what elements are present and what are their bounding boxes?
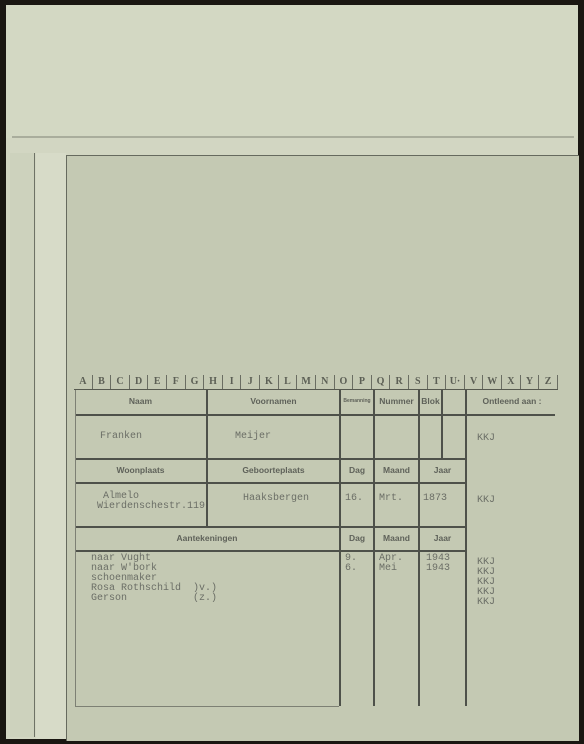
tab-u: U· <box>446 375 465 389</box>
tab-c: C <box>111 375 130 389</box>
header-naam: Naam <box>75 396 206 406</box>
tab-z: Z <box>539 375 558 389</box>
value-jaar: 1873 <box>423 494 447 504</box>
tab-l: L <box>279 375 298 389</box>
tab-w: W <box>483 375 502 389</box>
note-bron: KKJ <box>477 598 495 608</box>
rule-h <box>75 482 465 484</box>
adjacent-card-left <box>10 153 35 737</box>
header-maand: Maand <box>375 465 418 475</box>
tab-y: Y <box>521 375 540 389</box>
tab-f: F <box>167 375 186 389</box>
tab-h: H <box>204 375 223 389</box>
rule-v <box>206 390 208 528</box>
rule-v <box>75 390 76 706</box>
note-maand: Mei <box>379 564 397 574</box>
rule-h <box>75 458 465 460</box>
header-maand-2: Maand <box>375 533 418 543</box>
tab-v: V <box>465 375 484 389</box>
tab-d: D <box>130 375 149 389</box>
tab-o: O <box>335 375 354 389</box>
header-dag-2: Dag <box>341 533 373 543</box>
rule-v <box>418 390 420 706</box>
header-jaar: Jaar <box>420 465 465 475</box>
tab-k: K <box>260 375 279 389</box>
header-geboorteplaats: Geboorteplaats <box>208 465 339 475</box>
rule-v <box>339 390 341 706</box>
header-nummer: Nummer <box>375 396 418 406</box>
value-naam: Franken <box>100 432 142 442</box>
card-gap <box>36 153 66 739</box>
value-geboorteplaats: Haaksbergen <box>243 494 309 504</box>
header-bemanning: Bemanning <box>341 398 373 404</box>
header-aantekeningen: Aantekeningen <box>75 533 339 543</box>
header-voornamen: Voornamen <box>208 396 339 406</box>
tab-g: G <box>186 375 205 389</box>
tab-q: Q <box>372 375 391 389</box>
header-jaar-2: Jaar <box>420 533 465 543</box>
note-text: Gerson (z.) <box>91 594 217 604</box>
tab-n: N <box>316 375 335 389</box>
header-ontleend-aan: Ontleend aan : <box>467 396 557 406</box>
alphabet-tabs: A B C D E F G H I J K L M N O P Q R S T … <box>74 375 558 390</box>
tab-e: E <box>148 375 167 389</box>
header-dag: Dag <box>341 465 373 475</box>
rule-v <box>373 390 375 706</box>
rule-v <box>441 390 443 458</box>
rule-h-bottom <box>75 706 339 707</box>
rule-h <box>75 550 465 552</box>
tab-m: M <box>297 375 316 389</box>
tab-b: B <box>93 375 112 389</box>
header-blok: Blok <box>420 396 441 406</box>
tab-i: I <box>223 375 242 389</box>
tab-s: S <box>409 375 428 389</box>
rule-v <box>465 390 467 706</box>
value-voornamen: Meijer <box>235 432 271 442</box>
note-dag: 6. <box>345 564 357 574</box>
tab-x: X <box>502 375 521 389</box>
rule-h <box>75 526 465 528</box>
header-woonplaats: Woonplaats <box>75 465 206 475</box>
value-woonplaats-2: Wierdenschestr.119 <box>97 502 205 512</box>
tab-r: R <box>390 375 409 389</box>
tab-j: J <box>241 375 260 389</box>
card-edge-rule <box>12 136 574 138</box>
card-above <box>6 5 578 138</box>
tab-a: A <box>74 375 93 389</box>
value-ontleend-2: KKJ <box>477 496 495 506</box>
tab-p: P <box>353 375 372 389</box>
rule-h <box>75 414 555 416</box>
value-ontleend-1: KKJ <box>477 434 495 444</box>
tab-t: T <box>428 375 447 389</box>
value-maand: Mrt. <box>379 494 403 504</box>
card-form-grid: Naam Voornamen Bemanning Nummer Blok Ont… <box>75 390 558 708</box>
note-jaar: 1943 <box>426 564 450 574</box>
value-dag: 16. <box>345 494 363 504</box>
